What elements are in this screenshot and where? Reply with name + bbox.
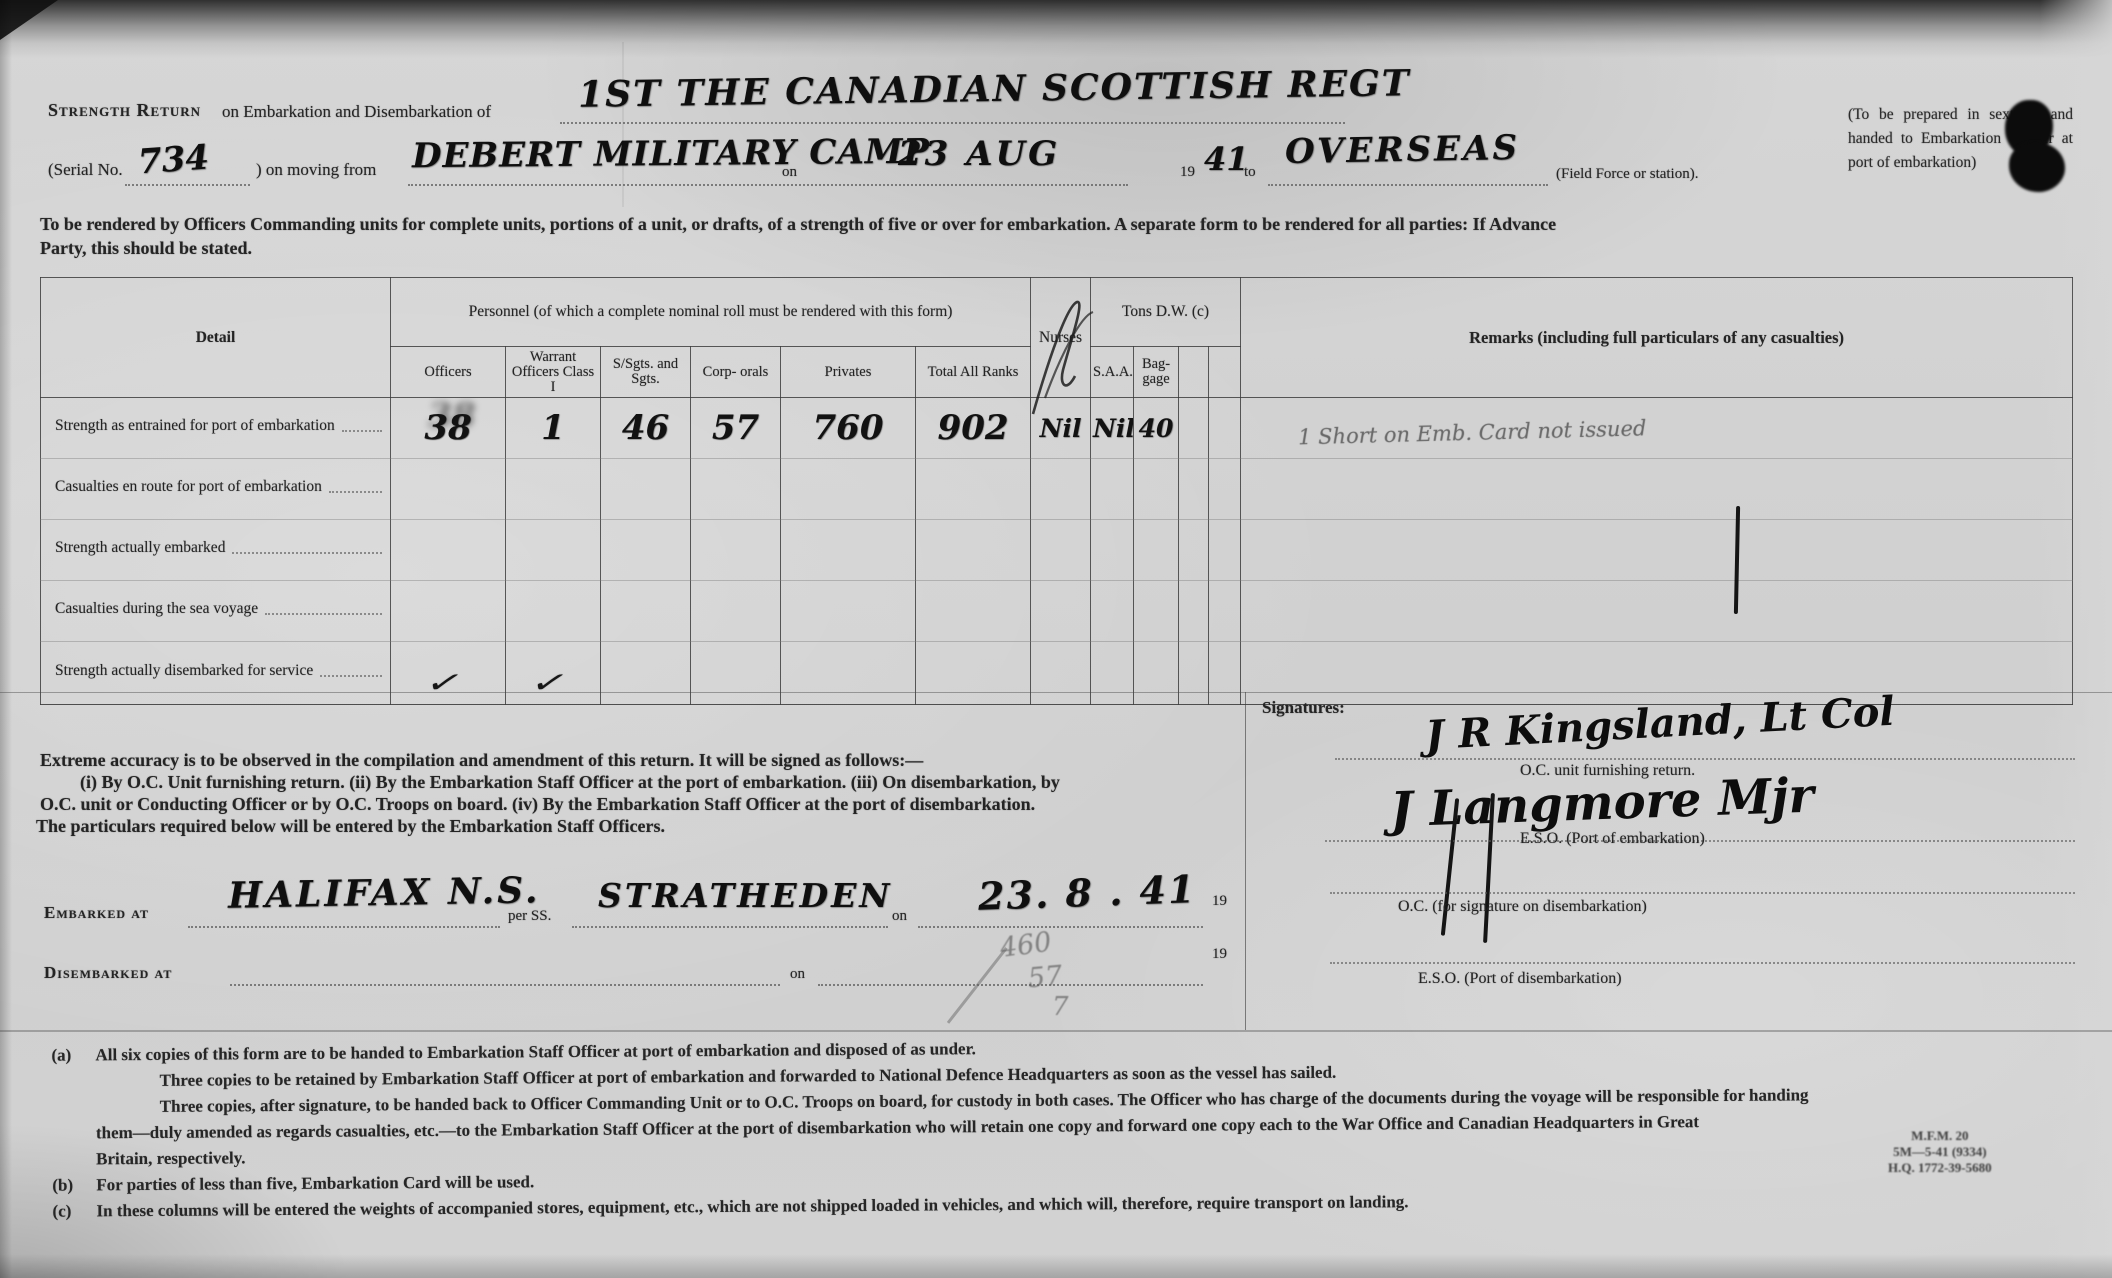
accuracy-line-2: (i) By O.C. Unit furnishing return. (ii)…: [80, 772, 1060, 793]
table-row-casualties-en-route: Casualties en route for port of embarkat…: [41, 459, 2073, 520]
personnel-group-header: Personnel (of which a complete nominal r…: [391, 278, 1031, 347]
serial-no-handwritten: 734: [137, 138, 211, 183]
form-number-stamp: M.F.M. 20 5M—5-41 (9334) H.Q. 1772-39-56…: [1888, 1128, 1992, 1176]
ship-name-handwritten: Stratheden: [598, 876, 892, 915]
on-word: on: [782, 164, 797, 181]
disembark-date-fill: [818, 984, 1203, 986]
oc-disembarkation-caption: O.C. (for signature on disembarkation): [1398, 898, 1647, 916]
row-label: Strength actually embarked: [55, 539, 225, 557]
origin-handwritten: Debert Military Camp: [412, 132, 930, 177]
col-header-baggage: Bag- gage: [1134, 347, 1179, 398]
col-header-total-all-ranks: Total All Ranks: [916, 347, 1031, 398]
serial-fill-line: [125, 184, 250, 186]
scanned-strength-return-form: Strength Return on Embarkation and Disem…: [0, 0, 2112, 1278]
signature-line: [1335, 758, 2075, 760]
dotted-leader: [342, 430, 382, 432]
to-word: to: [1244, 164, 1256, 181]
table-row-strength-embarked: Strength actually embarked: [41, 520, 2073, 581]
col-header-privates: Privates: [781, 347, 916, 398]
handwritten-value: 902: [938, 408, 1009, 448]
embark-date-handwritten: 23. 8 . 41: [977, 866, 1197, 919]
signatures-label: Signatures:: [1262, 698, 1345, 718]
handwritten-value: 760: [813, 408, 884, 448]
remarks-header: Remarks (including full particulars of a…: [1241, 278, 2073, 398]
dotted-leader: [265, 613, 382, 615]
row-label: Strength actually disembarked for servic…: [55, 662, 313, 680]
year-handwritten: 41: [1204, 140, 1249, 178]
form-title-strong: Strength Return: [48, 100, 201, 121]
form-title-rest: on Embarkation and Disembarkation of: [222, 102, 491, 122]
pen-scribble: [1015, 288, 1125, 418]
checkmark: ✓: [527, 648, 579, 699]
signatures-panel-border: [1245, 692, 1246, 1030]
disembarked-at-label: Disembarked at: [44, 963, 172, 983]
stamp-line-1: M.F.M. 20: [1888, 1128, 1992, 1144]
pencil-scribble: 7: [1052, 992, 1069, 1022]
handwritten-value: 57: [712, 408, 759, 448]
on-word: on: [790, 966, 805, 983]
move-date-handwritten: 23 Aug: [898, 134, 1060, 174]
handwritten-value: 40: [1139, 414, 1174, 443]
on-word: on: [892, 908, 907, 925]
accuracy-line-3: O.C. unit or Conducting Officer or by O.…: [40, 794, 1035, 815]
note-a-line-5: Britain, respectively.: [96, 1148, 245, 1169]
stamp-line-3: H.Q. 1772-39-5680: [1888, 1160, 1992, 1176]
dotted-leader: [232, 552, 382, 554]
accuracy-line-4: The particulars required below will be e…: [36, 816, 665, 837]
origin-fill-line: [408, 184, 1128, 186]
year-prefix-printed: 19: [1180, 164, 1195, 181]
intro-line-2: Party, this should be stated.: [40, 238, 252, 259]
col-header-blank: [1209, 347, 1241, 398]
col-header-corporals: Corp- orals: [691, 347, 781, 398]
col-header-warrant-officers: Warrant Officers Class I: [506, 347, 601, 398]
pencil-scribble: 57: [1027, 961, 1064, 995]
row-label: Strength as entrained for port of embark…: [55, 417, 335, 435]
ink-blot: [2009, 142, 2065, 192]
destination-fill-line: [1268, 184, 1548, 186]
remarks-pencil-note: 1 Short on Emb. Card not issued: [1243, 405, 2070, 451]
eso-disembarkation-caption: E.S.O. (Port of disembarkation): [1418, 970, 1622, 988]
accuracy-line-1: Extreme accuracy is to be observed in th…: [40, 750, 923, 771]
eso-embarkation-caption: E.S.O. (Port of embarkation): [1520, 830, 1705, 848]
note-a-line-2: Three copies to be retained by Embarkati…: [160, 1063, 1337, 1091]
signature-line: [1330, 892, 2075, 894]
unit-fill-line: [560, 122, 1345, 124]
note-b-text: For parties of less than five, Embarkati…: [96, 1172, 534, 1195]
note-c-tag: (c): [52, 1202, 71, 1222]
row-label-cell: Strength as entrained for port of embark…: [41, 398, 391, 459]
note-a-line-4: them—duly amended as regards casualties,…: [96, 1112, 1699, 1143]
ship-fill-line: [572, 926, 888, 928]
checkmark: ✓: [422, 648, 474, 699]
scan-bottom-shadow: [0, 1254, 2112, 1278]
embarked-place-handwritten: Halifax N.S.: [228, 869, 541, 916]
handwritten-value: 38: [424, 408, 471, 448]
handwritten-value: 1: [541, 408, 565, 448]
signature-line: [1330, 962, 2075, 964]
footnotes: (a) All six copies of this form are to b…: [0, 1025, 2112, 1240]
per-ss-label: per SS.: [508, 908, 551, 925]
row-label: Casualties during the sea voyage: [55, 600, 258, 618]
table-row-casualties-sea-voyage: Casualties during the sea voyage: [41, 581, 2073, 642]
embark-date-fill: [918, 926, 1203, 928]
col-header-blank: [1179, 347, 1209, 398]
year-printed: 19: [1212, 893, 1227, 910]
on-moving-from-label: ) on moving from: [256, 160, 376, 180]
field-force-or-station-note: (Field Force or station).: [1556, 166, 1698, 183]
dotted-leader: [329, 491, 382, 493]
year-printed: 19: [1212, 946, 1227, 963]
stamp-line-2: 5M—5-41 (9334): [1888, 1144, 1992, 1160]
detail-header: Detail: [41, 278, 391, 398]
scan-top-shadow: [0, 0, 2112, 58]
serial-no-label: (Serial No.: [48, 160, 123, 180]
pencil-scribble: 460: [998, 927, 1053, 965]
note-b-tag: (b): [52, 1175, 73, 1195]
handwritten-value: 46: [622, 408, 669, 448]
embarked-at-label: Embarked at: [44, 903, 149, 923]
note-a-line-1: All six copies of this form are to be ha…: [95, 1039, 976, 1065]
intro-line-1: To be rendered by Officers Commanding un…: [40, 214, 1556, 235]
col-header-officers: Officers: [391, 347, 506, 398]
embarked-place-fill: [188, 926, 500, 928]
row-label: Casualties en route for port of embarkat…: [55, 478, 322, 496]
paper-crease: [622, 42, 624, 207]
note-a-tag: (a): [51, 1046, 71, 1066]
destination-handwritten: Overseas: [1285, 128, 1521, 172]
dotted-leader: [320, 675, 382, 677]
unit-name-handwritten: 1st The Canadian Scottish Regt: [578, 62, 1411, 116]
col-header-ssgts: S/Sgts. and Sgts.: [601, 347, 691, 398]
disembarked-place-fill: [230, 984, 780, 986]
note-c-text: In these columns will be entered the wei…: [96, 1192, 1408, 1221]
